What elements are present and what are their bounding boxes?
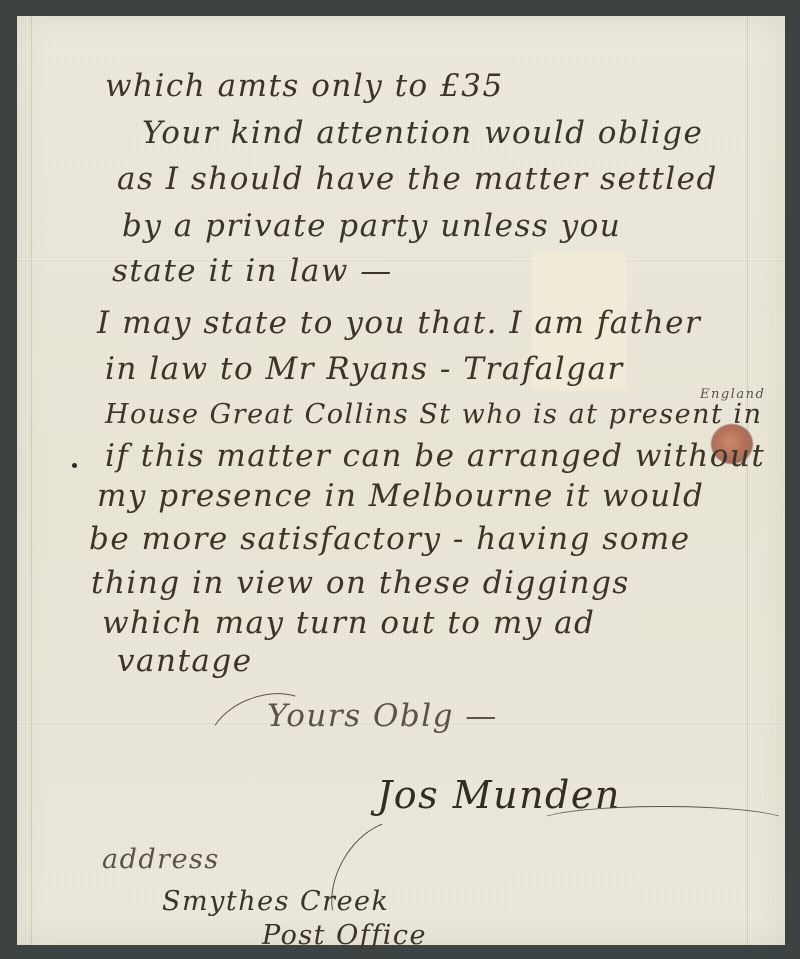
letter-line-1: which amts only to £35: [105, 71, 504, 102]
letter-line-4: by a private party unless you: [122, 211, 621, 242]
letter-line-3: as I should have the matter settled: [117, 164, 718, 195]
letter-line-13: which may turn out to my ad: [102, 608, 595, 639]
ruled-margin-line: [747, 16, 748, 945]
ruled-margin-line: [31, 16, 32, 945]
letter-line-7: in law to Mr Ryans - Trafalgar: [105, 354, 624, 385]
letter-line-8: House Great Collins St who is at present…: [105, 401, 762, 428]
letter-line-10: my presence in Melbourne it would: [97, 481, 704, 512]
letter-line-5: state it in law —: [112, 256, 393, 287]
signature: Jos Munden: [377, 776, 621, 814]
closing-flourish: [198, 679, 328, 785]
ink-dot: [72, 463, 77, 468]
letter-line-9: if this matter can be arranged without: [105, 441, 765, 472]
letter-line-12: thing in view on these diggings: [91, 568, 630, 599]
letter-line-6: I may state to you that. I am father: [97, 308, 701, 339]
address-label: address: [102, 846, 220, 873]
letter-line-2: Your kind attention would oblige: [142, 118, 703, 149]
address-line-1: Smythes Creek: [162, 888, 389, 915]
address-line-2: Post Office: [262, 922, 427, 949]
letter-line-11: be more satisfactory - having some: [89, 524, 691, 555]
letter-line-14: vantage: [117, 646, 253, 677]
letter-page: which amts only to £35 Your kind attenti…: [17, 16, 785, 945]
signature-underline-flourish: [537, 806, 789, 838]
